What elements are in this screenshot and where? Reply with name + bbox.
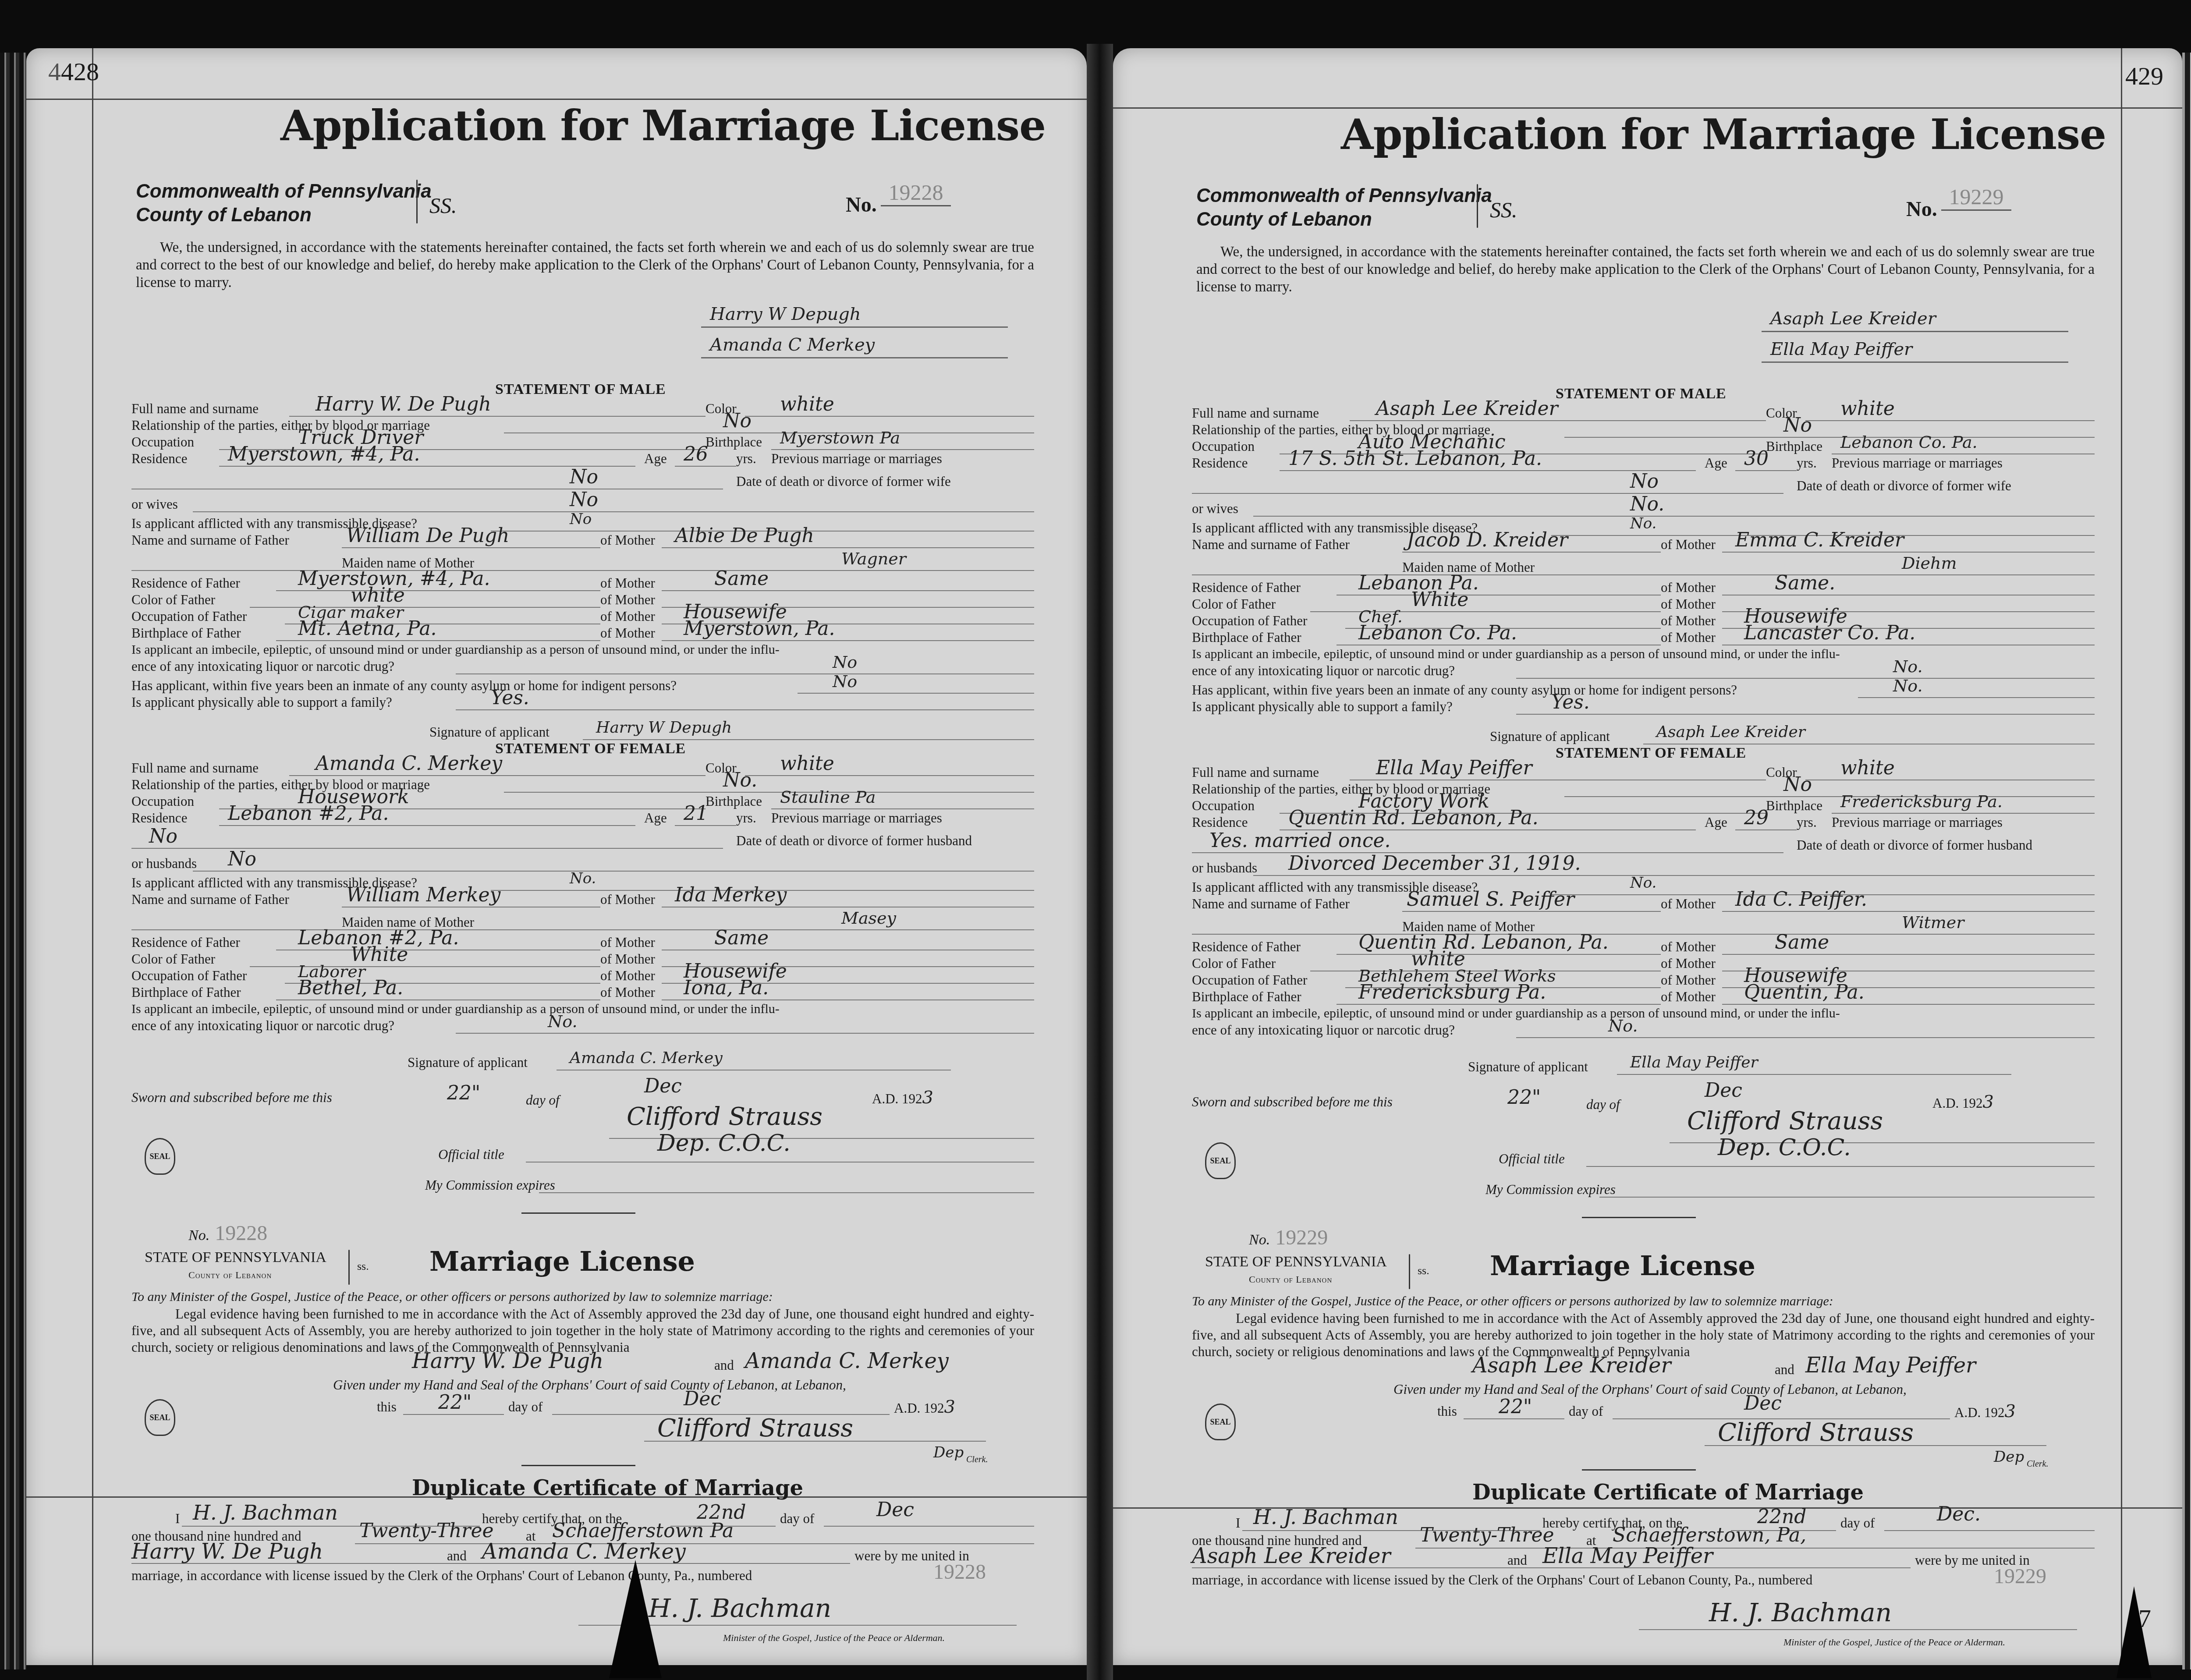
male-age: 30 [1744, 449, 1769, 468]
book-edge-right [2182, 53, 2191, 1669]
license-clerk-line [1705, 1445, 2046, 1446]
label-of-mother: of Mother [600, 575, 655, 591]
label-age: Age [644, 810, 667, 826]
label-father-residence: Residence of Father [131, 935, 240, 950]
female-father-name: William Merkey [346, 886, 500, 905]
fill-line [342, 907, 600, 907]
sworn-ad: A.D. 1923 [872, 1090, 933, 1107]
cert-day-of: day of [1840, 1515, 1875, 1531]
sworn-official-signature: Clifford Strauss [1687, 1112, 1883, 1131]
book-edge-left [0, 53, 26, 1669]
female-mother-maiden: Witmer [1902, 913, 1964, 932]
label-imbecile-1: Is applicant an imbecile, epileptic, of … [1192, 1006, 1840, 1021]
label-of-mother: of Mother [600, 532, 655, 548]
label-imbecile-1: Is applicant an imbecile, epileptic, of … [131, 1001, 780, 1017]
license-ad: A.D. 1923 [894, 1399, 955, 1416]
application-title: Application for Marriage License [1341, 110, 2106, 159]
fill-line [504, 792, 1034, 793]
fill-line [1617, 1074, 2011, 1075]
label-father-name: Name and surname of Father [131, 532, 289, 548]
cert-month: Dec. [1937, 1505, 1981, 1524]
fill-line [675, 825, 736, 826]
female-age: 29 [1744, 808, 1769, 828]
label-full-name: Full name and surname [1192, 405, 1319, 421]
female-statement-heading: STATEMENT OF FEMALE [495, 741, 686, 757]
license-body: Legal evidence having been furnished to … [1192, 1310, 2095, 1360]
license-no-value: 19229 [1275, 1226, 1328, 1249]
cert-bride: Amanda C. Merkey [482, 1542, 686, 1561]
label-of-mother: of Mother [1661, 580, 1716, 595]
fill-line [193, 511, 1034, 512]
label-father-residence: Residence of Father [1192, 580, 1301, 595]
certificate-title: Duplicate Certificate of Marriage [412, 1476, 803, 1500]
license-ss: ss. [1418, 1263, 1429, 1279]
license-ad: A.D. 1923 [1954, 1404, 2016, 1421]
license-clerk-prefix: Dep [1994, 1447, 2024, 1467]
female-mother-name: Ida Merkey [675, 886, 787, 905]
label-of-mother: of Mother [600, 935, 655, 950]
label-birthplace: Birthplace [1766, 439, 1822, 454]
label-age: Age [1705, 455, 1727, 471]
label-full-name: Full name and surname [1192, 765, 1319, 780]
fill-line [1516, 678, 2095, 679]
label-previous-marriage: Previous marriage or marriages [771, 810, 942, 826]
male-mother-birthplace: Myerstown, Pa. [684, 619, 835, 638]
female-mother-residence: Same [1775, 933, 1829, 952]
fill-line [583, 739, 1034, 740]
label-of-mother: of Mother [600, 892, 655, 907]
male-support-family: Yes. [1551, 693, 1590, 712]
fill-line [798, 693, 1034, 694]
label-of-mother: of Mother [1661, 939, 1716, 955]
sworn-label: Sworn and subscribed before me this [1192, 1094, 1393, 1110]
fill-line [289, 775, 706, 776]
fill-line [1337, 595, 1661, 595]
label-imbecile-2: ence of any intoxicating liquor or narco… [1192, 663, 1455, 679]
sworn-day: 22" [1507, 1088, 1541, 1107]
fill-line [1516, 714, 2095, 715]
page-edge-digit: 4 [48, 57, 61, 86]
label-imbecile-2: ence of any intoxicating liquor or narco… [131, 1018, 394, 1034]
label-age: Age [1705, 815, 1727, 830]
label-or-spouses: or wives [131, 496, 178, 512]
fill-line [131, 570, 1034, 571]
female-birthplace: Fredericksburg Pa. [1840, 792, 2003, 811]
fill-line [1350, 780, 1766, 780]
license-bride: Ella May Peiffer [1805, 1356, 1976, 1375]
label-father-color: Color of Father [1192, 956, 1276, 971]
female-transmissible-disease: No. [570, 869, 596, 888]
ss-mark: SS. [1490, 197, 1517, 223]
male-date-death-divorce: No. [1630, 495, 1664, 514]
label-residence: Residence [131, 451, 187, 467]
ss-brace [1477, 184, 1478, 228]
section-divider [521, 1465, 635, 1466]
label-full-name: Full name and surname [131, 760, 259, 776]
sworn-ad-label: A.D. 192 [1932, 1095, 1983, 1111]
male-transmissible-disease: No [570, 510, 592, 529]
label-birthplace: Birthplace [706, 794, 762, 809]
male-asylum: No. [1893, 676, 1923, 695]
fill-line [131, 929, 1034, 930]
license-and: and [1775, 1362, 1794, 1378]
preamble-text: We, the undersigned, in accordance with … [1196, 243, 2095, 296]
male-transmissible-disease: No. [1630, 514, 1656, 533]
fill-line [1735, 829, 1797, 830]
label-father-name: Name and surname of Father [1192, 537, 1350, 553]
fill-line [745, 775, 1034, 776]
label-residence: Residence [1192, 455, 1248, 471]
male-residence: 17 S. 5th St. Lebanon, Pa. [1288, 449, 1542, 468]
sworn-ad-label: A.D. 192 [872, 1091, 922, 1106]
cert-year-line [1415, 1548, 2095, 1549]
label-father-birthplace: Birthplace of Father [131, 985, 241, 1000]
label-full-name: Full name and surname [131, 401, 259, 417]
fill-line [771, 808, 1034, 809]
label-or-spouses: or husbands [1192, 860, 1257, 876]
cert-signature: H. J. Bachman [649, 1598, 831, 1618]
cert-and: and [447, 1548, 467, 1564]
cert-month: Dec [876, 1500, 914, 1520]
commission-label: My Commission expires [1485, 1182, 1616, 1198]
male-father-birthplace: Mt. Aetna, Pa. [298, 619, 437, 638]
license-ss: ss. [357, 1258, 369, 1274]
female-father-birthplace: Fredericksburg Pa. [1358, 983, 1546, 1002]
label-or-spouses: or husbands [131, 856, 197, 872]
fill-line [662, 999, 1034, 1000]
cert-groom: Harry W. De Pugh [131, 1542, 323, 1561]
male-imbecile: No [833, 652, 857, 672]
label-signature: Signature of applicant [1468, 1059, 1588, 1075]
cert-signature-line [1639, 1629, 2077, 1630]
sworn-label: Sworn and subscribed before me this [131, 1090, 332, 1106]
fill-line [1253, 875, 2095, 876]
female-color: white [780, 754, 834, 773]
label-father-occupation: Occupation of Father [131, 968, 247, 984]
license-day: 22" [1499, 1397, 1532, 1417]
fill-line [131, 848, 723, 849]
license-address: To any Minister of the Gospel, Justice o… [131, 1289, 773, 1305]
section-divider [521, 1212, 635, 1214]
fill-line [1722, 911, 2095, 912]
fill-line [662, 907, 1034, 907]
female-residence: Lebanon #2, Pa. [228, 804, 389, 823]
female-relationship: No. [723, 771, 757, 790]
male-relationship: No [723, 411, 752, 431]
female-imbecile: No. [1608, 1016, 1638, 1035]
license-no-label: No. [1249, 1232, 1270, 1248]
female-previous-marriage: Yes. married once. [1209, 831, 1391, 851]
label-signature: Signature of applicant [429, 724, 550, 740]
license-address: To any Minister of the Gospel, Justice o… [1192, 1294, 1833, 1309]
female-date-death-divorce: No [228, 850, 256, 869]
application-number: 19228 [881, 180, 951, 206]
cert-signature-caption: Minister of the Gospel, Justice of the P… [1783, 1634, 2005, 1650]
license-clerk-line [644, 1441, 986, 1442]
license-body: Legal evidence having been furnished to … [131, 1306, 1034, 1356]
fill-line [1805, 780, 2095, 780]
cert-place: Schaefferstown Pa [552, 1521, 734, 1541]
male-father-name: William De Pugh [346, 526, 509, 546]
label-father-residence: Residence of Father [1192, 939, 1301, 955]
license-this: this [377, 1399, 397, 1415]
sworn-official-signature: Clifford Strauss [627, 1107, 823, 1127]
sworn-day-of: day of [1586, 1097, 1620, 1113]
label-of-mother: of Mother [1661, 956, 1716, 971]
fill-line [1192, 574, 2095, 575]
license-given: Given under my Hand and Seal of the Orph… [333, 1377, 846, 1393]
license-day: 22" [438, 1393, 472, 1412]
sworn-day: 22" [447, 1084, 480, 1103]
female-date-death-divorce: Divorced December 31, 1919. [1288, 854, 1581, 873]
sworn-day-of: day of [526, 1092, 560, 1108]
cert-year-words: Twenty-Three [1420, 1526, 1554, 1545]
label-of-mother: of Mother [1661, 989, 1716, 1005]
applicant-signature: Amanda C Merkey [710, 335, 875, 354]
male-previous-marriage: No [570, 468, 598, 487]
label-father-occupation: Occupation of Father [131, 609, 247, 624]
label-father-color: Color of Father [131, 592, 215, 608]
female-age: 21 [684, 804, 708, 823]
label-father-occupation: Occupation of Father [1192, 613, 1307, 629]
label-of-mother: of Mother [600, 592, 655, 608]
application-title: Application for Marriage License [280, 101, 1046, 150]
license-bride: Amanda C. Merkey [745, 1351, 949, 1371]
margin-rule [2121, 48, 2122, 1665]
label-father-birthplace: Birthplace of Father [131, 625, 241, 641]
official-title-label: Official title [1499, 1151, 1565, 1167]
fill-line [456, 673, 1034, 674]
fill-line [456, 709, 1034, 710]
label-date-death-divorce: Date of death or divorce of former wife [1797, 478, 2011, 494]
official-title-line [1586, 1166, 2095, 1167]
label-father-birthplace: Birthplace of Father [1192, 630, 1301, 645]
label-of-mother: of Mother [600, 985, 655, 1000]
male-full-name: Harry W. De Pugh [316, 395, 491, 414]
label-yrs: yrs. [736, 451, 756, 467]
female-mother-maiden: Masey [841, 908, 896, 928]
male-residence: Myerstown, #4, Pa. [228, 445, 420, 464]
fill-line [193, 871, 1034, 872]
male-support-family: Yes. [491, 688, 529, 708]
label-signature: Signature of applicant [408, 1055, 528, 1070]
cert-officiant: H. J. Bachman [193, 1503, 338, 1522]
applicant-signature: Asaph Lee Kreider [1770, 309, 1936, 328]
license-clerk-signature: Clifford Strauss [657, 1419, 853, 1438]
female-relationship: No [1783, 775, 1812, 794]
fill-line [1805, 420, 2095, 421]
label-of-mother: of Mother [600, 625, 655, 641]
male-statement-heading: STATEMENT OF MALE [495, 381, 666, 398]
female-father-birthplace: Bethel, Pa. [298, 978, 403, 998]
sworn-year-digit: 3 [1983, 1092, 1994, 1112]
label-imbecile-2: ence of any intoxicating liquor or narco… [1192, 1022, 1455, 1038]
female-full-name: Amanda C. Merkey [316, 754, 502, 773]
male-previous-marriage: No [1630, 472, 1659, 491]
female-father-name: Samuel S. Peiffer [1407, 890, 1574, 909]
label-asylum: Has applicant, within five years been an… [131, 678, 677, 694]
female-signature: Amanda C. Merkey [570, 1049, 723, 1068]
female-mother-birthplace: Quentin, Pa. [1744, 983, 1865, 1002]
cert-signature: H. J. Bachman [1709, 1603, 1892, 1622]
fill-line [1858, 697, 2095, 698]
certificate-title: Duplicate Certificate of Marriage [1472, 1480, 1864, 1505]
cert-i: I [1236, 1515, 1240, 1531]
fill-line [1722, 552, 2095, 553]
female-mother-residence: Same [714, 929, 769, 948]
preamble-text: We, the undersigned, in accordance with … [136, 239, 1034, 291]
female-mother-name: Ida C. Peiffer. [1735, 890, 1867, 909]
license-brace [348, 1250, 350, 1285]
license-number: No.19229 [1249, 1230, 1328, 1248]
fill-line [1350, 420, 1766, 421]
margin-rule [92, 48, 93, 1665]
license-and: and [714, 1357, 734, 1373]
license-day-line [403, 1414, 504, 1415]
male-mother-maiden: Wagner [841, 549, 906, 568]
label-father-residence: Residence of Father [131, 575, 240, 591]
male-imbecile: No. [1893, 657, 1923, 676]
label-of-mother: of Mother [1661, 896, 1716, 912]
license-month: Dec [684, 1389, 721, 1409]
male-father-color: White [1411, 590, 1468, 610]
fill-line [1735, 470, 1797, 471]
fill-line [1564, 796, 2095, 797]
license-seal: SEAL [1205, 1404, 1236, 1440]
label-date-death-divorce: Date of death or divorce of former husba… [736, 833, 972, 849]
label-or-spouses: or wives [1192, 501, 1238, 517]
male-color: white [1840, 399, 1895, 418]
label-occupation: Occupation [131, 794, 194, 809]
county-line: County of Lebanon [1196, 208, 1492, 231]
female-mother-birthplace: Iona, Pa. [684, 978, 769, 998]
application-no-label: No. [846, 193, 877, 217]
fill-line [276, 950, 600, 950]
fill-line [557, 1070, 951, 1070]
female-previous-marriage: No [149, 827, 177, 846]
cert-bride: Ella May Peiffer [1542, 1546, 1713, 1566]
fill-line [662, 547, 1034, 548]
page-number: 429 [2125, 61, 2163, 91]
male-statement-heading: STATEMENT OF MALE [1556, 386, 1727, 402]
license-seal: SEAL [145, 1399, 175, 1436]
fill-line [1832, 454, 2095, 454]
male-age: 26 [684, 445, 708, 464]
label-of-mother: of Mother [1661, 613, 1716, 629]
male-signature: Harry W Depugh [596, 718, 732, 737]
male-mother-birthplace: Lancaster Co. Pa. [1744, 624, 1915, 643]
female-statement-heading: STATEMENT OF FEMALE [1556, 745, 1746, 762]
license-year-digit: 3 [2005, 1401, 2016, 1421]
label-of-mother: of Mother [600, 951, 655, 967]
label-imbecile-1: Is applicant an imbecile, epileptic, of … [1192, 646, 1840, 662]
label-support-family: Is applicant physically able to support … [131, 695, 392, 710]
label-date-death-divorce: Date of death or divorce of former wife [736, 474, 951, 489]
fill-line [1337, 1004, 1661, 1005]
fill-line [1643, 744, 2095, 744]
official-title-line [526, 1162, 1034, 1163]
page-number: 4428 [48, 57, 99, 86]
fill-line [276, 590, 600, 591]
commission-label: My Commission expires [425, 1177, 555, 1193]
license-clerk-label: Clerk. [966, 1452, 988, 1467]
fill-line [1722, 954, 2095, 955]
fill-line [1253, 516, 2095, 517]
label-yrs: yrs. [1797, 815, 1817, 830]
page-number-value: 428 [61, 57, 99, 86]
applicant-signature: Harry W Depugh [710, 305, 861, 324]
fill-line [342, 547, 600, 548]
cert-year-line [355, 1543, 1034, 1544]
license-ad-label: A.D. 192 [894, 1400, 944, 1416]
label-date-death-divorce: Date of death or divorce of former husba… [1797, 837, 2032, 853]
female-color: white [1840, 758, 1895, 778]
female-father-residence: Quentin Rd. Lebanon, Pa. [1358, 933, 1609, 952]
fill-line [1337, 645, 1661, 645]
label-father-occupation: Occupation of Father [1192, 972, 1307, 988]
commission-line [539, 1192, 1034, 1193]
commonwealth-line: Commonwealth of Pennsylvania [136, 180, 432, 203]
license-this: this [1437, 1404, 1457, 1419]
female-transmissible-disease: No. [1630, 873, 1656, 893]
label-occupation: Occupation [1192, 439, 1255, 454]
cert-month-line [1884, 1530, 2095, 1531]
fill-line [1402, 911, 1661, 912]
fill-line [1564, 437, 2095, 438]
county-line: County of Lebanon [136, 203, 432, 227]
cert-place: Schaefferstown, Pa, [1613, 1526, 1806, 1545]
male-birthplace: Myerstown Pa [780, 428, 900, 447]
official-title-label: Official title [438, 1147, 504, 1163]
license-no-value: 19228 [215, 1222, 267, 1245]
license-day-of: day of [1569, 1404, 1603, 1419]
fill-line [276, 999, 600, 1000]
official-title: Dep. C.O.C. [1718, 1138, 1851, 1157]
license-brace [1409, 1254, 1410, 1289]
official-title: Dep. C.O.C. [657, 1134, 791, 1153]
license-state: STATE OF PENNSYLVANIA [1205, 1254, 1387, 1270]
license-number: No.19228 [188, 1226, 267, 1244]
male-date-death-divorce: No [570, 490, 598, 510]
label-father-name: Name and surname of Father [131, 892, 289, 907]
female-imbecile: No. [548, 1012, 578, 1031]
ss-brace [416, 180, 418, 223]
clip-left [609, 1560, 662, 1678]
label-occupation: Occupation [1192, 798, 1255, 814]
license-clerk-signature: Clifford Strauss [1718, 1423, 1914, 1443]
male-mother-name: Emma C. Kreider [1735, 531, 1904, 550]
sworn-month: Dec [1705, 1081, 1742, 1100]
male-asylum: No [833, 672, 857, 691]
label-birthplace: Birthplace [1766, 798, 1822, 814]
application-number: 19229 [1941, 184, 2011, 211]
label-occupation: Occupation [131, 434, 194, 450]
fill-line [289, 416, 706, 417]
female-birthplace: Stauline Pa [780, 787, 876, 807]
license-county: County of Lebanon [1249, 1272, 1332, 1287]
fill-line [662, 590, 1034, 591]
license-groom: Harry W. De Pugh [412, 1351, 603, 1371]
cert-and: and [1507, 1552, 1527, 1568]
female-residence: Quentin Rd. Lebanon, Pa. [1288, 808, 1539, 828]
application-no-label: No. [1906, 197, 1937, 221]
male-color: white [780, 395, 834, 414]
label-of-mother: of Mother [1661, 596, 1716, 612]
fill-line [1337, 954, 1661, 955]
label-residence: Residence [1192, 815, 1248, 830]
fill-line [1722, 595, 2095, 595]
male-mother-residence: Same [714, 569, 769, 588]
